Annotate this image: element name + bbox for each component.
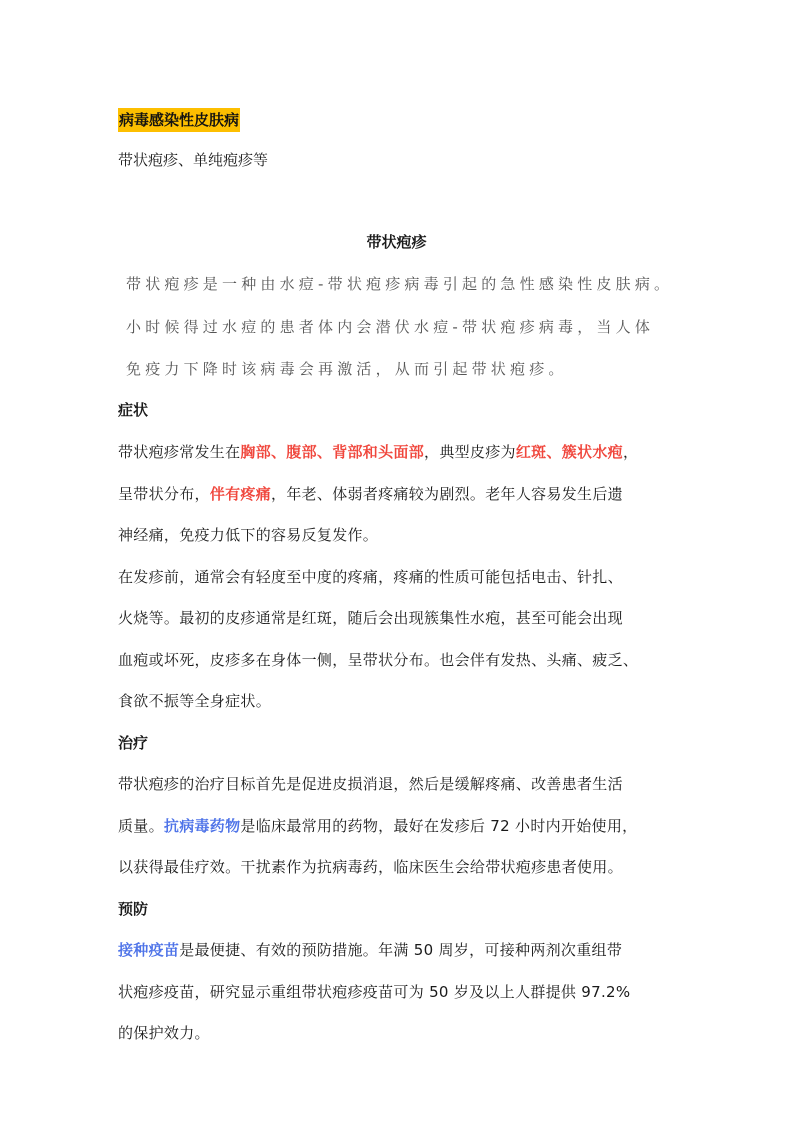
symptoms-line: 带状疱疹常发生在胸部、腹部、背部和头面部，典型皮疹为红斑、簇状水疱， (118, 440, 638, 464)
treatment-heading: 治疗 (118, 731, 148, 755)
text: 是临床最常用的药物，最好在发疹后 72 小时内开始使用， (240, 817, 637, 835)
section-title: 带状疱疹 (0, 230, 793, 254)
emphasis-blue: 抗病毒药物 (164, 817, 241, 835)
document-page: 病毒感染性皮肤病 带状疱疹、单纯疱疹等 带状疱疹 带状疱疹是一种由水痘-带状疱疹… (0, 0, 793, 1122)
intro-line: 免疫力下降时该病毒会再激活，从而引起带状疱疹。 (126, 357, 568, 381)
symptoms-heading: 症状 (118, 398, 148, 422)
intro-line: 小时候得过水痘的患者体内会潜伏水痘-带状疱疹病毒，当人体 (126, 315, 654, 339)
intro-line: 带状疱疹是一种由水痘-带状疱疹病毒引起的急性感染性皮肤病。 (126, 272, 673, 296)
highlighted-title: 病毒感染性皮肤病 (118, 108, 240, 132)
symptoms-line: 神经痛，免疫力低下的容易反复发作。 (118, 523, 378, 547)
text: 带状疱疹常发生在 (118, 443, 240, 461)
symptoms-line: 在发疹前，通常会有轻度至中度的疼痛，疼痛的性质可能包括电击、针扎、 (118, 565, 623, 589)
symptoms-line: 火烧等。最初的皮疹通常是红斑，随后会出现簇集性水疱，甚至可能会出现 (118, 606, 623, 630)
emphasis-blue: 接种疫苗 (118, 941, 179, 959)
symptoms-line: 呈带状分布，伴有疼痛，年老、体弱者疼痛较为剧烈。老年人容易发生后遗 (118, 482, 623, 506)
prevention-line: 的保护效力。 (118, 1021, 210, 1045)
subtitle: 带状疱疹、单纯疱疹等 (118, 148, 268, 172)
emphasis-red: 伴有疼痛 (210, 485, 271, 503)
symptoms-line: 血疱或坏死，皮疹多在身体一侧，呈带状分布。也会伴有发热、头痛、疲乏、 (118, 648, 638, 672)
text: ，典型皮疹为 (424, 443, 516, 461)
prevention-line: 状疱疹疫苗，研究显示重组带状疱疹疫苗可为 50 岁及以上人群提供 97.2% (118, 980, 630, 1004)
text: ， (623, 443, 638, 461)
text: 呈带状分布， (118, 485, 210, 503)
text: ，年老、体弱者疼痛较为剧烈。老年人容易发生后遗 (271, 485, 623, 503)
treatment-line: 以获得最佳疗效。干扰素作为抗病毒药，临床医生会给带状疱疹患者使用。 (118, 855, 623, 879)
text: 是最便捷、有效的预防措施。年满 50 周岁，可接种两剂次重组带 (179, 941, 622, 959)
prevention-heading: 预防 (118, 897, 148, 921)
prevention-line: 接种疫苗是最便捷、有效的预防措施。年满 50 周岁，可接种两剂次重组带 (118, 938, 622, 962)
text: 质量。 (118, 817, 164, 835)
treatment-line: 带状疱疹的治疗目标首先是促进皮损消退，然后是缓解疼痛、改善患者生活 (118, 772, 623, 796)
emphasis-red: 红斑、簇状水疱 (516, 443, 623, 461)
treatment-line: 质量。抗病毒药物是临床最常用的药物，最好在发疹后 72 小时内开始使用， (118, 814, 637, 838)
symptoms-line: 食欲不振等全身症状。 (118, 689, 271, 713)
emphasis-red: 胸部、腹部、背部和头面部 (240, 443, 424, 461)
